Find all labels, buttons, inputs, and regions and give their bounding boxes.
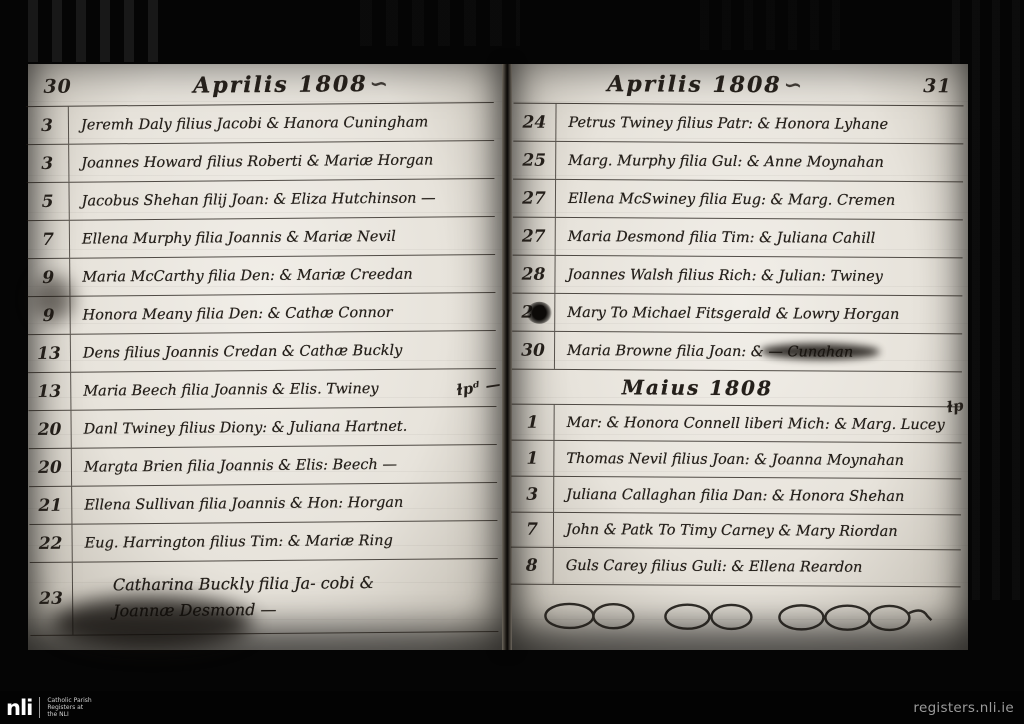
day-number: 27 [513,180,556,217]
day-number: 20 [28,411,71,448]
day-number: 3 [26,145,69,182]
register-row: 9 Honora Meany filia Den: & Cathæ Connor [27,293,495,335]
register-row: 23 Catharina Buckly filia Ja‐ cobi & Joa… [30,559,499,636]
entry-text: Ellena Murphy filia Joannis & Mariæ Nevi… [70,227,495,247]
day-number: 23 [30,563,74,635]
day-number: 27 [513,218,556,255]
register-row: 20 Danl Twiney filius Diony: & Juliana H… [28,407,496,449]
entry-text: Guls Carey filius Guli: & Ellena Reardon [554,558,961,576]
entry-text: Joannes Walsh filius Rich: & Julian: Twi… [555,266,962,284]
register-row: 7 Ellena Murphy filia Joannis & Mariæ Ne… [27,217,495,259]
register-page-right: Aprilis 1808∽ 31 24 Petrus Twiney filius… [512,64,968,650]
day-number: 3 [26,107,69,144]
loop-flourish-icon [535,590,935,636]
register-row: 5 Jacobus Shehan filij Joan: & Eliza Hut… [26,179,494,221]
entry-text: Maria Browne filia Joan: & — Cunahan [555,342,962,360]
day-number: 9 [27,297,70,334]
entry-text: Jacobus Shehan filij Joan: & Eliza Hutch… [70,189,495,209]
day-number: 25 [513,142,556,179]
film-streak-texture [360,0,520,46]
left-page-number: 30 [26,76,90,99]
baptized-margin-note: ɫp [946,396,965,417]
register-row: 24 Petrus Twiney filius Patr: & Honora L… [513,104,963,145]
entry-text: Marg. Murphy filia Gul: & Anne Moynahan [556,152,963,170]
film-streak-texture [700,0,840,50]
nli-logo-mark: nli [6,698,32,718]
entry-text: Maria Desmond filia Tim: & Juliana Cahil… [556,228,963,246]
register-row: 21 Ellena Sullivan filia Joannis & Hon: … [29,483,497,525]
flourish-swash-icon: ∽ [784,72,805,98]
entry-text: Margta Brien filia Joannis & Elis: Beech… [72,455,497,475]
register-book-spread: 30 Aprilis 1808∽ 3 Jeremh Daly filius Ja… [28,64,968,650]
entry-text: Maria Beech filia Joannis & Elis. Twiney [71,379,496,399]
day-number: 20 [29,449,72,486]
register-viewer: 30 Aprilis 1808∽ 3 Jeremh Daly filius Ja… [0,0,1024,724]
register-row: 3 Joannes Howard filius Roberti & Mariæ … [26,141,494,183]
ink-blot [526,302,552,324]
day-number: 1 [511,405,554,440]
entry-text: Dens filius Joannis Credan & Cathæ Buckl… [71,341,496,361]
day-number: 1 [511,441,554,476]
entry-text: Joannes Howard filius Roberti & Mariæ Ho… [69,151,494,171]
register-row: 1 Thomas Nevil filius Joan: & Joanna Moy… [511,441,961,480]
left-month-heading: Aprilis 1808∽ [90,70,494,100]
register-row: 1 Mar: & Honora Connell liberi Mich: & M… [511,405,961,444]
right-month-heading: Aprilis 1808∽ [514,71,898,99]
register-row: 7 John & Patk To Timy Carney & Mary Rior… [511,513,961,551]
entry-text: John & Patk To Timy Carney & Mary Riorda… [554,522,961,540]
entry-text: Danl Twiney filius Diony: & Juliana Hart… [72,417,497,437]
register-row: 13 Maria Beech filia Joannis & Elis. Twi… [28,369,496,411]
site-url-watermark: registers.nli.ie [913,700,1014,716]
register-row: 25 Marg. Murphy filia Gul: & Anne Moynah… [513,142,963,183]
entry-text: Mar: & Honora Connell liberi Mich: & Mar… [555,414,962,432]
right-page-number: 31 [898,75,964,97]
entry-text: Maria McCarthy filia Den: & Mariæ Creeda… [70,265,495,285]
register-row: 8 Guls Carey filius Guli: & Ellena Reard… [511,548,961,588]
day-number: 7 [511,513,554,547]
register-page-left: 30 Aprilis 1808∽ 3 Jeremh Daly filius Ja… [28,64,502,650]
entry-text: Petrus Twiney filius Patr: & Honora Lyha… [556,114,963,132]
entry-text: Catharina Buckly filia Ja‐ cobi & Joannæ… [73,569,498,625]
day-number: 7 [27,221,70,258]
day-number: 30 [512,332,555,369]
entry-text: Eug. Harrington filius Tim: & Mariæ Ring [73,531,498,551]
register-row: 22 Eug. Harrington filius Tim: & Mariæ R… [29,521,497,563]
register-row: 28 Mary To Michael Fitsgerald & Lowry Ho… [512,294,962,335]
right-page-header: Aprilis 1808∽ 31 [514,65,964,107]
register-row: 27 Ellena McSwiney filia Eug: & Marg. Cr… [513,180,963,221]
entry-text: Ellena McSwiney filia Eug: & Marg. Creme… [556,190,963,208]
entry-text: Honora Meany filia Den: & Cathæ Connor [71,303,496,323]
day-number: 3 [511,477,554,512]
register-row: 13 Dens filius Joannis Credan & Cathæ Bu… [28,331,496,373]
register-row: 20 Margta Brien filia Joannis & Elis: Be… [29,445,497,487]
day-number: 28 [512,256,555,293]
day-number: 24 [513,104,556,141]
register-row: 9 Maria McCarthy filia Den: & Mariæ Cree… [27,255,495,297]
register-row: 30 Maria Browne filia Joan: & — Cunahan [512,332,962,373]
entry-text: Juliana Callaghan filia Dan: & Honora Sh… [554,486,961,504]
nli-logo-caption: Catholic Parish Registers at the NLI [39,697,91,718]
day-number: 13 [28,335,71,372]
footer-bar: nli Catholic Parish Registers at the NLI… [0,691,1024,724]
day-number: 21 [29,487,72,524]
may-section-heading: Maius 1808 [512,370,962,408]
day-number: 13 [28,373,71,410]
entry-text: Ellena Sullivan filia Joannis & Hon: Hor… [72,493,497,513]
register-row: 27 Maria Desmond filia Tim: & Juliana Ca… [513,218,963,259]
nli-logo: nli Catholic Parish Registers at the NLI [6,697,92,718]
day-number: 8 [511,548,554,584]
register-row: 3 Jeremh Daly filius Jacobi & Hanora Cun… [26,103,494,145]
register-row: 28 Joannes Walsh filius Rich: & Julian: … [512,256,962,297]
day-number: 28 [512,294,555,331]
left-page-header: 30 Aprilis 1808∽ [25,64,493,107]
entry-text: Mary To Michael Fitsgerald & Lowry Horga… [555,304,962,322]
register-row: 3 Juliana Callaghan filia Dan: & Honora … [511,477,961,516]
decorative-loops [510,585,960,642]
entry-text: Thomas Nevil filius Joan: & Joanna Moyna… [554,450,961,468]
entry-text: Jeremh Daly filius Jacobi & Hanora Cunin… [69,113,494,133]
day-number: 22 [29,525,72,562]
film-streak-texture [28,0,168,62]
day-number: 9 [27,259,70,296]
day-number: 5 [26,183,69,220]
flourish-swash-icon: ∽ [369,71,390,97]
